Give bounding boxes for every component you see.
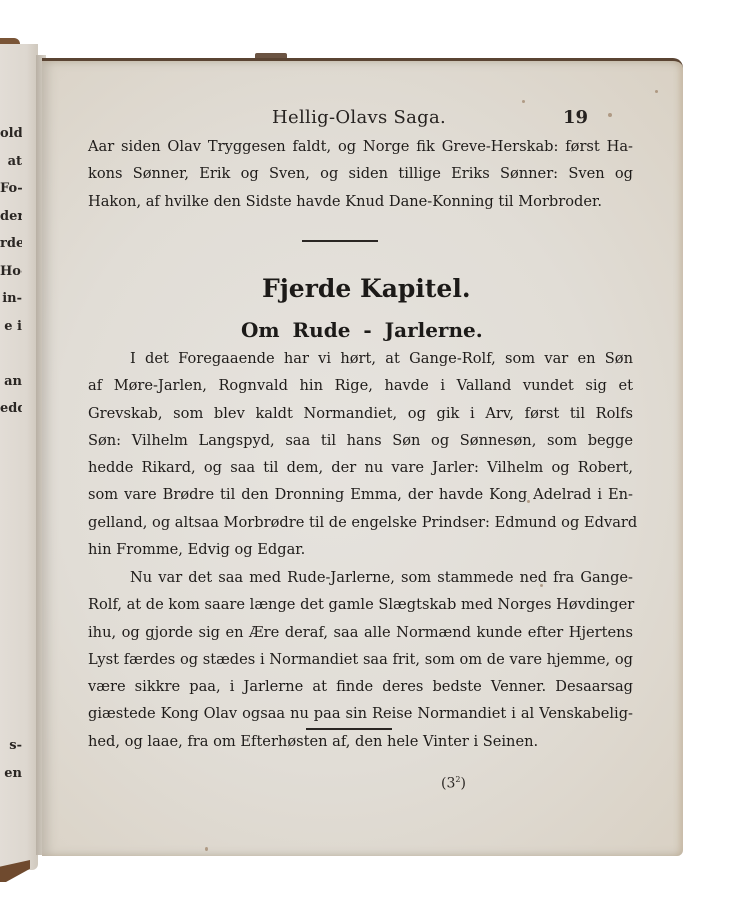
- text-line: hin Fromme, Edvig og Edgar.: [88, 536, 633, 563]
- continuation-paragraph: Aar siden Olav Tryggesen faldt, og Norge…: [88, 133, 633, 215]
- text-line: giæstede Kong Olav ogsaa nu paa sin Reis…: [88, 700, 633, 727]
- chapter-subtitle: Om Rude - Jarlerne.: [241, 318, 483, 342]
- section-divider-rule: [302, 240, 378, 242]
- text-line: af Møre-Jarlen, Rognvald hin Rige, havde…: [88, 372, 633, 399]
- text-line: Hakon, af hvilke den Sidste havde Knud D…: [88, 188, 633, 215]
- left-fragment: Ho-: [0, 258, 22, 286]
- text-line: være sikkre paa, i Jarlerne at finde der…: [88, 673, 633, 700]
- paragraph-1: I det Foregaaende har vi hørt, at Gange-…: [88, 345, 633, 563]
- text-line: Søn: Vilhelm Langspyd, saa til hans Søn …: [88, 427, 633, 454]
- left-fragment: en: [0, 760, 22, 788]
- text-line: Nu var det saa med Rude-Jarlerne, som st…: [88, 564, 633, 591]
- end-divider-rule: [306, 728, 392, 730]
- text-line: I det Foregaaende har vi hørt, at Gange-…: [88, 345, 633, 372]
- paragraph-2: Nu var det saa med Rude-Jarlerne, som st…: [88, 564, 633, 755]
- text-line: Grevskab, som blev kaldt Normandiet, og …: [88, 400, 633, 427]
- signature-close: ): [460, 776, 465, 792]
- left-fragment: at: [0, 148, 22, 176]
- left-page: oldt at Fo- der rde, Ho- in- e i an edd …: [0, 44, 38, 870]
- page-number: 19: [563, 107, 588, 128]
- text-line: Rolf, at de kom saare længe det gamle Sl…: [88, 591, 633, 618]
- left-fragment: Fo-: [0, 175, 22, 203]
- left-fragment: [0, 340, 22, 368]
- left-fragment: e i: [0, 313, 22, 341]
- foxing-speck: [608, 113, 612, 117]
- text-line: hed, og laae, fra om Efterhøsten af, den…: [88, 728, 633, 755]
- left-fragment: oldt: [0, 120, 22, 148]
- text-line: gelland, og altsaa Morbrødre til de enge…: [88, 509, 633, 536]
- signature-mark: (32): [441, 775, 466, 792]
- text-line: kons Sønner, Erik og Sven, og siden till…: [88, 160, 633, 187]
- running-head: Hellig-Olavs Saga.: [272, 107, 446, 128]
- signature-text: (3: [441, 776, 455, 792]
- foxing-speck: [522, 100, 525, 103]
- left-page-text-fragments: oldt at Fo- der rde, Ho- in- e i an edd: [0, 120, 22, 423]
- foxing-speck: [655, 90, 658, 93]
- chapter-title: Fjerde Kapitel.: [262, 274, 471, 303]
- text-line: som vare Brødre til den Dronning Emma, d…: [88, 481, 633, 508]
- left-fragment: edd: [0, 395, 22, 423]
- left-fragment: an: [0, 368, 22, 396]
- text-line: hedde Rikard, og saa til dem, der nu var…: [88, 454, 633, 481]
- left-fragment: in-: [0, 285, 22, 313]
- text-line: Lyst færdes og stædes i Normandiet saa f…: [88, 646, 633, 673]
- text-line: ihu, og gjorde sig en Ære deraf, saa all…: [88, 619, 633, 646]
- left-page-text-fragments-bottom: s- en: [0, 732, 22, 787]
- left-fragment: der: [0, 203, 22, 231]
- left-fragment: rde,: [0, 230, 22, 258]
- left-fragment: s-: [0, 732, 22, 760]
- foxing-speck: [205, 847, 208, 851]
- text-line: Aar siden Olav Tryggesen faldt, og Norge…: [88, 133, 633, 160]
